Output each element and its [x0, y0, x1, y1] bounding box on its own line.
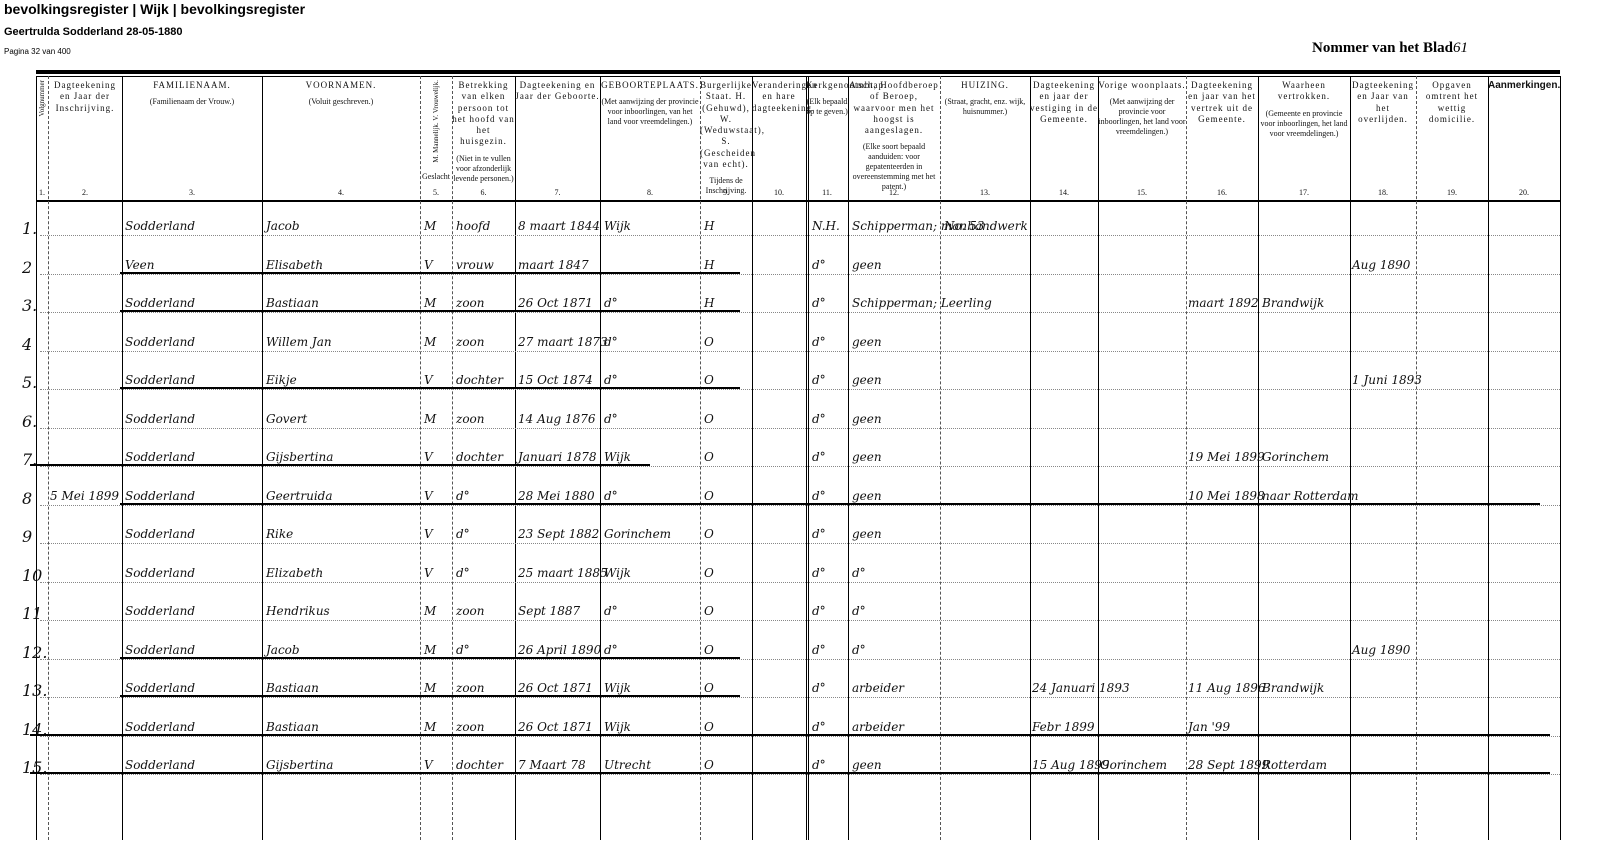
table-row: 5.SodderlandEikjeVdochter15 Oct 1874d°Od… — [0, 367, 1600, 407]
table-row: 13.SodderlandBastiaanMzoon26 Oct 1871Wij… — [0, 675, 1600, 715]
cell-church: d° — [812, 412, 826, 426]
column-header-20: Aanmerkingen.20. — [1488, 80, 1560, 198]
cell-place: Wijk — [604, 450, 631, 464]
column-number: 15. — [1098, 188, 1186, 198]
cell-to: Rotterdam — [1262, 758, 1327, 772]
header-rule — [36, 200, 1560, 202]
cell-place: Utrecht — [604, 758, 651, 772]
strike-through-line — [30, 772, 1550, 774]
cell-occupation: geen — [852, 527, 882, 541]
cell-n: 7. — [22, 450, 37, 469]
cell-birth: 15 Oct 1874 — [518, 373, 593, 387]
cell-occupation: arbeider — [852, 720, 904, 734]
column-header-1: Volgnummer1. — [36, 80, 48, 198]
column-title: Dagteekening en jaar der vestiging in de… — [1030, 80, 1098, 125]
cell-civil: H — [704, 258, 714, 272]
cell-church: d° — [812, 720, 826, 734]
column-header-14: Dagteekening en jaar der vestiging in de… — [1030, 80, 1098, 198]
cell-given: Bastiaan — [266, 720, 319, 734]
column-title: VOORNAMEN. — [262, 80, 420, 91]
dotted-guide — [40, 274, 1560, 275]
cell-n: 1. — [22, 219, 37, 238]
dotted-guide — [40, 428, 1560, 429]
column-title: Vorige woonplaats. — [1098, 80, 1186, 91]
cell-depart: 19 Mei 1899 — [1188, 450, 1265, 464]
column-title: Veranderingen en hare dagteekening. — [752, 80, 806, 114]
table-row: 14.SodderlandBastiaanMzoon26 Oct 1871Wij… — [0, 714, 1600, 754]
cell-given: Geertruida — [266, 489, 333, 503]
dotted-guide — [40, 620, 1560, 621]
cell-civil: O — [704, 681, 714, 695]
column-header-18: Dagteekening en Jaar van het overlijden.… — [1350, 80, 1416, 198]
cell-place: d° — [604, 296, 618, 310]
dotted-guide — [40, 351, 1560, 352]
cell-surname: Sodderland — [125, 566, 195, 580]
cell-occupation: geen — [852, 335, 882, 349]
column-number: 8. — [600, 188, 700, 198]
cell-death: Aug 1890 — [1352, 643, 1410, 657]
cell-to: naar Rotterdam — [1262, 489, 1359, 503]
cell-church: d° — [812, 335, 826, 349]
cell-relation: d° — [456, 566, 470, 580]
column-number: 11. — [806, 188, 848, 198]
column-subtitle: (Elk bepaald op te geven.) — [806, 97, 848, 117]
cell-relation: dochter — [456, 373, 503, 387]
cell-n: 14. — [22, 720, 47, 739]
column-title: Kerkgenootschap. — [806, 80, 848, 91]
cell-church: d° — [812, 296, 826, 310]
cell-place: d° — [604, 604, 618, 618]
cell-birth: 14 Aug 1876 — [518, 412, 596, 426]
column-header-12: Ambt, Hoofdberoep of Beroep, waarvoor me… — [848, 80, 940, 198]
column-title: Dagteekening en Jaar van het overlijden. — [1350, 80, 1416, 125]
cell-given: Willem Jan — [266, 335, 332, 349]
cell-n: 8 — [22, 489, 32, 508]
dotted-guide — [40, 389, 1560, 390]
cell-relation: dochter — [456, 450, 503, 464]
column-number: 10. — [752, 188, 806, 198]
column-header-16: Dagteekening en jaar van het vertrek uit… — [1186, 80, 1258, 198]
dotted-guide — [40, 312, 1560, 313]
column-header-19: Opgaven omtrent het wettig domicilie.19. — [1416, 80, 1488, 198]
cell-sex: V — [424, 527, 433, 541]
column-header-2: Dagteekening en Jaar der Inschrijving.2. — [48, 80, 122, 198]
column-title: Volgnummer — [38, 80, 47, 116]
column-subtitle: (Gemeente en provincie voor inboorlingen… — [1258, 109, 1350, 139]
cell-sex: M — [424, 296, 436, 310]
cell-church: d° — [812, 681, 826, 695]
cell-given: Gijsbertina — [266, 758, 333, 772]
cell-church: d° — [812, 527, 826, 541]
cell-birth: 26 Oct 1871 — [518, 296, 593, 310]
strike-through-line — [30, 464, 650, 466]
cell-relation: d° — [456, 643, 470, 657]
column-title: M. Mannelijk. V. Vrouwelijk. — [432, 80, 441, 163]
cell-sex: V — [424, 566, 433, 580]
cell-place: Gorinchem — [604, 527, 671, 541]
cell-given: Elisabeth — [266, 258, 323, 272]
cell-n: 4 — [22, 335, 32, 354]
blad-number-label: Nommer van het Blad61 — [1312, 40, 1468, 57]
column-title: Opgaven omtrent het wettig domicilie. — [1416, 80, 1488, 125]
column-subtitle: (Niet in te vullen voor afzonderlijk lev… — [452, 154, 515, 184]
column-number: 14. — [1030, 188, 1098, 198]
column-header-4: VOORNAMEN.(Voluit geschreven.)4. — [262, 80, 420, 198]
cell-relation: zoon — [456, 720, 485, 734]
cell-given: Eikje — [266, 373, 297, 387]
cell-relation: zoon — [456, 412, 485, 426]
cell-surname: Sodderland — [125, 527, 195, 541]
cell-civil: H — [704, 296, 714, 310]
cell-surname: Sodderland — [125, 219, 195, 233]
cell-sex: M — [424, 720, 436, 734]
cell-sex: M — [424, 643, 436, 657]
cell-n: 9 — [22, 527, 32, 546]
cell-church: d° — [812, 566, 826, 580]
cell-given: Bastiaan — [266, 296, 319, 310]
cell-relation: vrouw — [456, 258, 494, 272]
cell-place: d° — [604, 412, 618, 426]
cell-surname: Sodderland — [125, 412, 195, 426]
record-subtitle: Geertrulda Sodderland 28-05-1880 — [4, 26, 183, 38]
cell-relation: zoon — [456, 335, 485, 349]
cell-surname: Sodderland — [125, 643, 195, 657]
cell-given: Jacob — [266, 219, 300, 233]
dotted-guide — [40, 774, 1560, 775]
column-title: Dagteekening en Jaar der Geboorte. — [515, 80, 600, 103]
cell-birth: 27 maart 1873 — [518, 335, 608, 349]
table-row: 12.SodderlandJacobMd°26 April 1890d°Od°d… — [0, 637, 1600, 677]
cell-place: Wijk — [604, 720, 631, 734]
cell-death: Aug 1890 — [1352, 258, 1410, 272]
column-header-5: M. Mannelijk. V. Vrouwelijk.Geslacht5. — [420, 80, 452, 198]
cell-occupation: geen — [852, 373, 882, 387]
column-number: 19. — [1416, 188, 1488, 198]
dotted-guide — [40, 697, 1560, 698]
column-number: 20. — [1488, 188, 1560, 198]
table-row: 7.SodderlandGijsbertinaVdochterJanuari 1… — [0, 444, 1600, 484]
column-header-15: Vorige woonplaats.(Met aanwijzing der pr… — [1098, 80, 1186, 198]
column-number: 1. — [36, 188, 48, 198]
cell-depart: 28 Sept 1899 — [1188, 758, 1269, 772]
cell-n: 11 — [22, 604, 42, 623]
column-number: 16. — [1186, 188, 1258, 198]
cell-church: d° — [812, 604, 826, 618]
cell-death: 1 Juni 1893 — [1352, 373, 1422, 387]
column-number: 9. — [700, 188, 752, 198]
column-subtitle: (Straat, gracht, enz. wijk, huisnummer.) — [940, 97, 1030, 117]
cell-surname: Veen — [125, 258, 155, 272]
column-title: Waarheen vertrokken. — [1258, 80, 1350, 103]
cell-birth: 26 April 1890 — [518, 643, 601, 657]
strike-through-line — [120, 387, 740, 389]
column-header-11: Kerkgenootschap.(Elk bepaald op te geven… — [806, 80, 848, 198]
cell-birth: Sept 1887 — [518, 604, 580, 618]
cell-settle: 24 Januari 1893 — [1032, 681, 1130, 695]
column-subtitle: (Voluit geschreven.) — [262, 97, 420, 107]
cell-civil: O — [704, 373, 714, 387]
strike-through-line — [120, 503, 1540, 505]
cell-civil: O — [704, 758, 714, 772]
strike-through-line — [120, 310, 740, 312]
cell-place: Wijk — [604, 681, 631, 695]
blad-number: 61 — [1453, 40, 1468, 56]
column-subtitle: Geslacht — [420, 172, 452, 182]
column-number: 5. — [420, 188, 452, 198]
top-rule-thin — [36, 76, 1560, 77]
cell-depart: 11 Aug 1896 — [1188, 681, 1266, 695]
cell-occupation: geen — [852, 258, 882, 272]
table-row: 2VeenElisabethVvrouwmaart 1847Hd°geenAug… — [0, 252, 1600, 292]
dotted-guide — [40, 505, 1560, 506]
cell-house: No. 53 — [944, 219, 984, 233]
cell-surname: Sodderland — [125, 604, 195, 618]
cell-civil: O — [704, 335, 714, 349]
cell-birth: 26 Oct 1871 — [518, 720, 593, 734]
column-number: 7. — [515, 188, 600, 198]
column-number: 6. — [452, 188, 515, 198]
cell-relation: dochter — [456, 758, 503, 772]
column-number: 4. — [262, 188, 420, 198]
cell-place: d° — [604, 643, 618, 657]
cell-sex: M — [424, 681, 436, 695]
table-row: 10SodderlandElizabethVd°25 maart 1885Wij… — [0, 560, 1600, 600]
cell-relation: hoofd — [456, 219, 490, 233]
cell-sex: M — [424, 412, 436, 426]
strike-through-line — [120, 272, 740, 274]
table-row: 6.SodderlandGovertMzoon14 Aug 1876d°Od°g… — [0, 406, 1600, 446]
cell-given: Govert — [266, 412, 307, 426]
cell-n: 13. — [22, 681, 47, 700]
column-header-3: FAMILIENAAM.(Familienaam der Vrouw.)3. — [122, 80, 262, 198]
dotted-guide — [40, 736, 1560, 737]
column-subtitle: (Met aanwijzing der provincie voor inboo… — [600, 97, 700, 127]
cell-sex: V — [424, 489, 433, 503]
cell-given: Bastiaan — [266, 681, 319, 695]
cell-church: d° — [812, 450, 826, 464]
cell-relation: d° — [456, 527, 470, 541]
blad-label: Nommer van het Blad — [1312, 40, 1453, 56]
column-subtitle: (Familienaam der Vrouw.) — [122, 97, 262, 107]
cell-occupation: Schipperman; manhandwerk — [852, 219, 1028, 233]
cell-birth: 7 Maart 78 — [518, 758, 586, 772]
column-header-6: Betrekking van elken persoon tot het hoo… — [452, 80, 515, 198]
cell-civil: O — [704, 450, 714, 464]
cell-place: d° — [604, 489, 618, 503]
column-number: 2. — [48, 188, 122, 198]
column-subtitle: (Elke soort bepaald aanduiden: voor gepa… — [848, 142, 940, 192]
cell-occupation: geen — [852, 450, 882, 464]
strike-through-line — [30, 734, 1550, 736]
top-rule — [36, 70, 1560, 74]
cell-place: Wijk — [604, 219, 631, 233]
column-subtitle: (Met aanwijzing der provincie voor inboo… — [1098, 97, 1186, 137]
cell-surname: Sodderland — [125, 450, 195, 464]
dotted-guide — [40, 582, 1560, 583]
cell-surname: Sodderland — [125, 720, 195, 734]
cell-birth: 23 Sept 1882 — [518, 527, 599, 541]
page-title: bevolkingsregister | Wijk | bevolkingsre… — [4, 1, 305, 17]
cell-birth: 8 maart 1844 — [518, 219, 600, 233]
page-indicator: Pagina 32 van 400 — [4, 47, 71, 56]
column-number: 12. — [848, 188, 940, 198]
cell-sex: M — [424, 219, 436, 233]
cell-depart: Jan '99 — [1188, 720, 1230, 734]
cell-place: Wijk — [604, 566, 631, 580]
strike-through-line — [120, 695, 740, 697]
cell-church: d° — [812, 758, 826, 772]
column-title: Aanmerkingen. — [1488, 80, 1560, 93]
cell-civil: O — [704, 489, 714, 503]
column-title: Ambt, Hoofdberoep of Beroep, waarvoor me… — [848, 80, 940, 136]
cell-sex: V — [424, 758, 433, 772]
cell-sex: V — [424, 373, 433, 387]
cell-occupation: d° — [852, 566, 866, 580]
table-row: 3.SodderlandBastiaanMzoon26 Oct 1871d°Hd… — [0, 290, 1600, 330]
cell-church: d° — [812, 643, 826, 657]
table-row: 11SodderlandHendrikusMzoonSept 1887d°Od°… — [0, 598, 1600, 638]
cell-occupation: arbeider — [852, 681, 904, 695]
cell-church: d° — [812, 489, 826, 503]
cell-church: d° — [812, 373, 826, 387]
cell-n: 12. — [22, 643, 47, 662]
column-title: Dagteekening en jaar van het vertrek uit… — [1186, 80, 1258, 125]
cell-birth: maart 1847 — [518, 258, 589, 272]
column-header-17: Waarheen vertrokken.(Gemeente en provinc… — [1258, 80, 1350, 198]
cell-col2: 5 Mei 1899 — [50, 489, 119, 503]
column-header-13: HUIZING.(Straat, gracht, enz. wijk, huis… — [940, 80, 1030, 198]
cell-birth: 28 Mei 1880 — [518, 489, 595, 503]
cell-depart: 10 Mei 1898 — [1188, 489, 1265, 503]
column-header-7: Dagteekening en Jaar der Geboorte.7. — [515, 80, 600, 198]
cell-to: Brandwijk — [1262, 681, 1324, 695]
column-title: FAMILIENAAM. — [122, 80, 262, 91]
column-title: Dagteekening en Jaar der Inschrijving. — [48, 80, 122, 114]
cell-sex: V — [424, 450, 433, 464]
cell-surname: Sodderland — [125, 489, 195, 503]
cell-surname: Sodderland — [125, 373, 195, 387]
column-header-10: Veranderingen en hare dagteekening.10. — [752, 80, 806, 198]
cell-birth: 26 Oct 1871 — [518, 681, 593, 695]
cell-civil: O — [704, 527, 714, 541]
cell-civil: O — [704, 412, 714, 426]
cell-civil: O — [704, 643, 714, 657]
column-title: HUIZING. — [940, 80, 1030, 91]
cell-birth: Januari 1878 — [518, 450, 597, 464]
table-row: 85 Mei 1899SodderlandGeertruidaVd°28 Mei… — [0, 483, 1600, 523]
cell-civil: H — [704, 219, 714, 233]
cell-given: Gijsbertina — [266, 450, 333, 464]
column-number: 3. — [122, 188, 262, 198]
cell-occupation: Schipperman; Leerling — [852, 296, 992, 310]
cell-settle: 15 Aug 1899 — [1032, 758, 1110, 772]
cell-relation: zoon — [456, 681, 485, 695]
cell-n: 3. — [22, 296, 37, 315]
dotted-guide — [40, 659, 1560, 660]
table-row: 9SodderlandRikeVd°23 Sept 1882GorinchemO… — [0, 521, 1600, 561]
cell-surname: Sodderland — [125, 335, 195, 349]
cell-surname: Sodderland — [125, 296, 195, 310]
cell-occupation: d° — [852, 604, 866, 618]
cell-sex: M — [424, 335, 436, 349]
cell-sex: V — [424, 258, 433, 272]
cell-occupation: geen — [852, 489, 882, 503]
cell-sex: M — [424, 604, 436, 618]
cell-place: d° — [604, 373, 618, 387]
cell-birth: 25 maart 1885 — [518, 566, 608, 580]
table-row: 4SodderlandWillem JanMzoon27 maart 1873d… — [0, 329, 1600, 369]
cell-settle: Febr 1899 — [1032, 720, 1095, 734]
cell-surname: Sodderland — [125, 758, 195, 772]
cell-place: d° — [604, 335, 618, 349]
cell-given: Rike — [266, 527, 293, 541]
dotted-guide — [40, 466, 1560, 467]
column-header-8: GEBOORTEPLAATS.(Met aanwijzing der provi… — [600, 80, 700, 198]
cell-occupation: d° — [852, 643, 866, 657]
cell-n: 10 — [22, 566, 42, 585]
column-title: Betrekking van elken persoon tot het hoo… — [452, 80, 515, 148]
cell-to: Brandwijk — [1262, 296, 1324, 310]
table-row: 15.SodderlandGijsbertinaVdochter7 Maart … — [0, 752, 1600, 792]
cell-n: 5. — [22, 373, 37, 392]
column-title: Burgerlijke Staat. H. (Gehuwd), W. (Wedu… — [700, 80, 752, 170]
column-number: 13. — [940, 188, 1030, 198]
cell-occupation: geen — [852, 758, 882, 772]
cell-church: d° — [812, 258, 826, 272]
column-title: GEBOORTEPLAATS. — [600, 80, 700, 91]
cell-given: Jacob — [266, 643, 300, 657]
cell-relation: zoon — [456, 296, 485, 310]
cell-civil: O — [704, 566, 714, 580]
column-number: 17. — [1258, 188, 1350, 198]
cell-given: Elizabeth — [266, 566, 323, 580]
cell-occupation: geen — [852, 412, 882, 426]
table-row: 1.SodderlandJacobMhoofd8 maart 1844WijkH… — [0, 213, 1600, 253]
cell-n: 15. — [22, 758, 47, 777]
cell-n: 2 — [22, 258, 32, 277]
cell-church: N.H. — [812, 219, 840, 233]
cell-depart: maart 1892 — [1188, 296, 1259, 310]
cell-n: 6. — [22, 412, 37, 431]
dotted-guide — [40, 235, 1560, 236]
cell-prev: Gorinchem — [1100, 758, 1167, 772]
cell-surname: Sodderland — [125, 681, 195, 695]
column-number: 18. — [1350, 188, 1416, 198]
cell-civil: O — [704, 604, 714, 618]
cell-relation: zoon — [456, 604, 485, 618]
cell-relation: d° — [456, 489, 470, 503]
cell-civil: O — [704, 720, 714, 734]
cell-to: Gorinchem — [1262, 450, 1329, 464]
column-header-9: Burgerlijke Staat. H. (Gehuwd), W. (Wedu… — [700, 80, 752, 198]
cell-given: Hendrikus — [266, 604, 330, 618]
strike-through-line — [120, 657, 740, 659]
dotted-guide — [40, 543, 1560, 544]
